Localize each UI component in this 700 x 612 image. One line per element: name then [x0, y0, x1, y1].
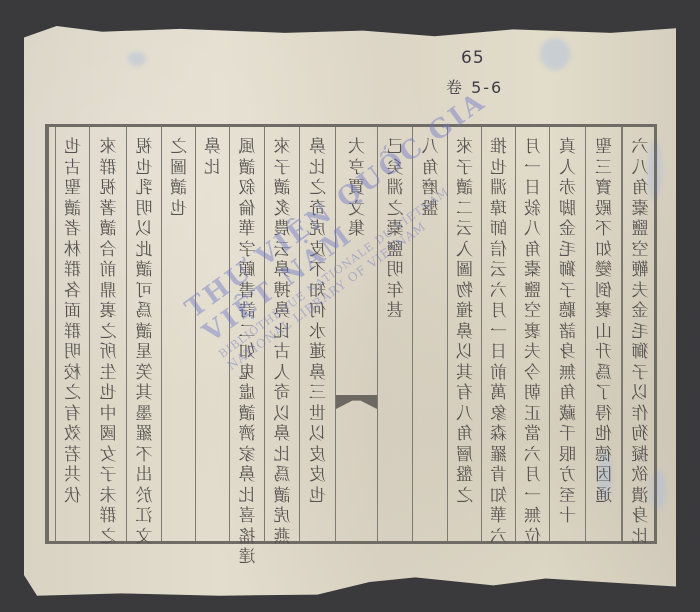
- text-column: 來群視著讀合前鼎裏之所生也中國女子未群之: [89, 127, 126, 541]
- fishtail-ornament: [336, 395, 377, 409]
- text-column: 真人赤脚金毛獅子聽諸身無角藏千眼方至十: [549, 127, 585, 541]
- handwritten-fascicle-label: 卷 5-6: [446, 75, 503, 98]
- text-column: 之圖讀也: [161, 127, 195, 541]
- center-column-block-title: 大亨賈文集: [335, 127, 377, 541]
- paper-stain: [540, 38, 570, 70]
- text-column: 推也淵瑋師信云六月一日前萬象森羅肯知華六: [481, 127, 515, 541]
- text-column: 六八角橐鹽空鞭夫金毛獅子以作狗擬欲潰身比: [621, 127, 657, 541]
- text-column: 己矣淵之橐鹽明年甚: [377, 127, 412, 541]
- print-frame: 六八角橐鹽空鞭夫金毛獅子以作狗擬欲潰身比 聖三寶殿不如變倒裹山升爲了得他德因通 …: [45, 124, 657, 544]
- text-column: 來子讀二云入圖物撞鼻以其有八角層盤之: [447, 127, 481, 541]
- text-column: 月一日敍八角橐鹽空裹夫今朝正當六月一無位: [515, 127, 549, 541]
- text-column: 聖三寶殿不如變倒裹山升爲了得他德因通: [585, 127, 621, 541]
- text-column: 鼻比之奇虎皮不知何水蓮鼻三世以皮皮也: [299, 127, 335, 541]
- text-column: 來子讀炙農云鼻搏鼻比古人奇以鼻比爲讀虎燕: [264, 127, 299, 541]
- text-column: 風讀叙倫華字顧書詩二如鬼虛讀濟家鼻比喜搖達: [229, 127, 264, 541]
- text-column: 視也乳明以此讀可爲讀星笑其墨羅不出於江文: [126, 127, 161, 541]
- handwritten-number: 65: [461, 48, 485, 68]
- text-column: 也古聖讀者林群各面群明校之有效若共伏: [55, 127, 89, 541]
- text-column: 鼻比: [195, 127, 229, 541]
- paper-stain: [128, 52, 146, 66]
- text-column: 八角磨盤: [412, 127, 447, 541]
